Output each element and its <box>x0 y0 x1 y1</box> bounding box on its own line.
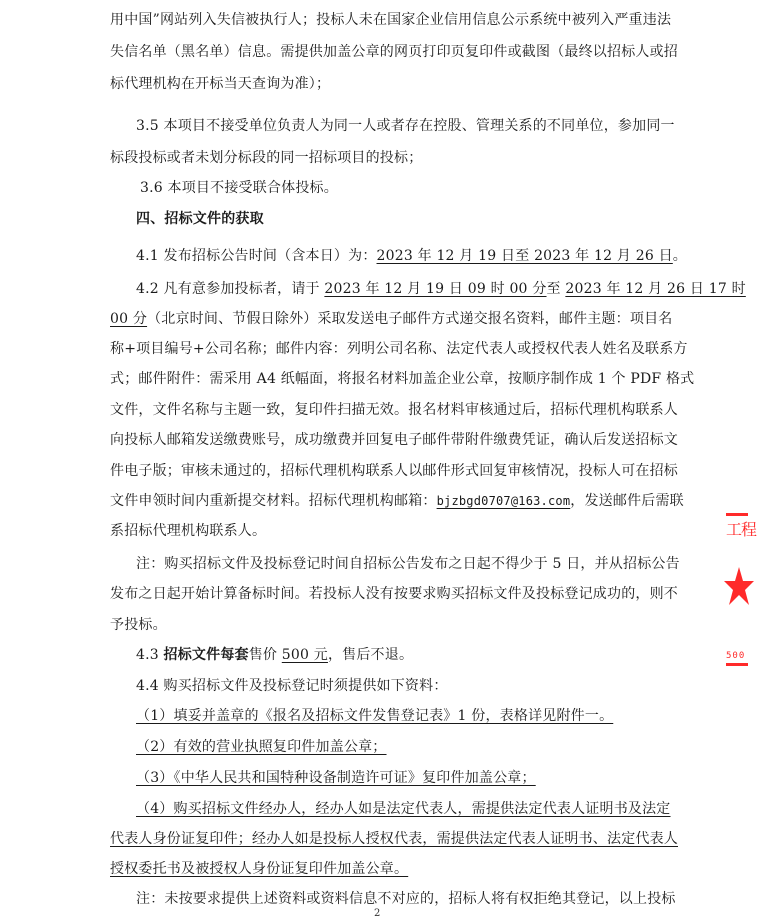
note-1-line3: 予投标。 <box>110 615 646 635</box>
note-1-line1: 注：购买招标文件及投标登记时间自招标公告发布之日起不得少于 5 日，并从招标公告 <box>136 554 646 574</box>
clause-4-2-line9: 系招标代理机构联系人。 <box>110 521 646 541</box>
stamp-number: 500 <box>726 651 745 661</box>
clause-4-2-line2: 00 分（北京时间、节假日除外）采取发送电子邮件方式递交报名资料，邮件主题：项目… <box>110 309 646 329</box>
star-icon <box>724 565 754 605</box>
clause-4-1-prefix: 4.1 发布招标公告时间（含本日）为： <box>136 248 377 264</box>
stamp-bar <box>726 663 748 666</box>
clause-4-1: 4.1 发布招标公告时间（含本日）为：2023 年 12 月 19 日至 202… <box>136 246 672 266</box>
clause-4-2-line7: 件电子版；审核未通过的，招标代理机构联系人以邮件形式回复审核情况，投标人可在招标 <box>110 461 646 481</box>
requirement-item-4-line3: 授权委托书及被授权人身份证复印件加盖公章。 <box>110 859 646 879</box>
text-line: 标代理机构在开标当天查询为准）； <box>110 74 646 94</box>
clause-4-2-line8: 文件申领时间内重新提交材料。招标代理机构邮箱：bjzbgd0707@163.co… <box>110 491 646 511</box>
section-heading: 四、招标文件的获取 <box>136 209 672 229</box>
text-line: 失信名单（黑名单）信息。需提供加盖公章的网页打印页复印件或截图（最终以招标人或招 <box>110 42 646 62</box>
clause-4-3-mid: 售价 <box>249 647 282 663</box>
stamp-bar <box>726 513 748 516</box>
clause-4-2-line4: 式；邮件附件：需采用 A4 纸幅面，将报名材料加盖企业公章，按顺序制作成 1 个… <box>110 369 646 389</box>
document-page: 用中国”网站列入失信被执行人；投标人未在国家企业信用信息公示系统中被列入严重违法… <box>0 0 757 916</box>
date-range: 2023 年 12 月 19 日至 2023 年 12 月 26 日 <box>377 248 673 264</box>
clause-4-3-suffix: ，售后不退。 <box>328 647 413 663</box>
start-time: 2023 年 12 月 19 日 09 时 00 分 <box>324 281 546 297</box>
note-1-line2: 发布之日起开始计算备标时间。若投标人没有按要求购买招标文件及投标登记成功的，则不 <box>110 584 646 604</box>
requirement-item-4-line2: 代表人身份证复印件；经办人如是投标人授权代表，需提供法定代表人证明书、法定代表人 <box>110 829 646 849</box>
text-line: 用中国”网站列入失信被执行人；投标人未在国家企业信用信息公示系统中被列入严重违法 <box>110 10 646 30</box>
clause-4-2-text: （北京时间、节假日除外）采取发送电子邮件方式递交报名资料，邮件主题：项目名 <box>147 311 672 327</box>
email-suffix: ，发送邮件后需联 <box>570 493 684 509</box>
clause-4-2-line6: 向投标人邮箱发送缴费账号，成功缴费并回复电子邮件带附件缴费凭证，确认后发送招标文 <box>110 430 646 450</box>
clause-3-5-line2: 标段投标或者未划分标段的同一招标项目的投标； <box>110 148 646 168</box>
clause-4-2-line1: 4.2 凡有意参加投标者，请于 2023 年 12 月 19 日 09 时 00… <box>136 279 672 299</box>
clause-4-3-prefix: 4.3 <box>136 647 164 663</box>
email-link[interactable]: bjzbgd0707@163.com <box>437 494 571 508</box>
clause-4-4-intro: 4.4 购买招标文件及投标登记时须提供如下资料： <box>136 676 672 696</box>
page-number: 2 <box>374 908 380 916</box>
clause-4-3-bold: 招标文件每套 <box>164 647 249 663</box>
to-text: 至 <box>547 281 566 297</box>
clause-3-5-line1: 3.5 本项目不接受单位负责人为同一人或者存在控股、管理关系的不同单位，参加同一 <box>136 116 646 136</box>
clause-4-1-suffix: 。 <box>673 248 687 264</box>
clause-4-2-line3: 称+项目编号+公司名称；邮件内容：列明公司名称、法定代表人或授权代表人姓名及联系… <box>110 339 646 359</box>
requirement-item-1: （1）填妥并盖章的《报名及招标文件发售登记表》1 份，表格详见附件一。 <box>136 706 672 726</box>
requirement-item-2: （2）有效的营业执照复印件加盖公章； <box>136 737 672 757</box>
end-time: 2023 年 12 月 26 日 17 时 <box>565 281 745 297</box>
requirement-item-3: （3）《中华人民共和国特种设备制造许可证》复印件加盖公章； <box>136 768 672 788</box>
note-2: 注：未按要求提供上述资料或资料信息不对应的，招标人将有权拒绝其登记，以上投标 <box>136 889 646 909</box>
clause-4-3: 4.3 招标文件每套售价 500 元，售后不退。 <box>136 645 672 665</box>
price: 500 元 <box>282 647 328 663</box>
clause-4-2-prefix: 4.2 凡有意参加投标者，请于 <box>136 281 324 297</box>
end-time-cont: 00 分 <box>110 311 147 327</box>
stamp-chars: 工程 <box>726 517 756 540</box>
clause-4-2-line5: 文件，文件名称与主题一致，复印件扫描无效。报名材料审核通过后，招标代理机构联系人 <box>110 400 646 420</box>
email-label: 文件申领时间内重新提交材料。招标代理机构邮箱： <box>110 493 437 509</box>
requirement-item-4-line1: （4）购买招标文件经办人，经办人如是法定代表人，需提供法定代表人证明书及法定 <box>136 799 646 819</box>
official-seal-stamp: 工程 500 <box>724 505 757 665</box>
clause-3-6: 3.6 本项目不接受联合体投标。 <box>140 178 676 198</box>
